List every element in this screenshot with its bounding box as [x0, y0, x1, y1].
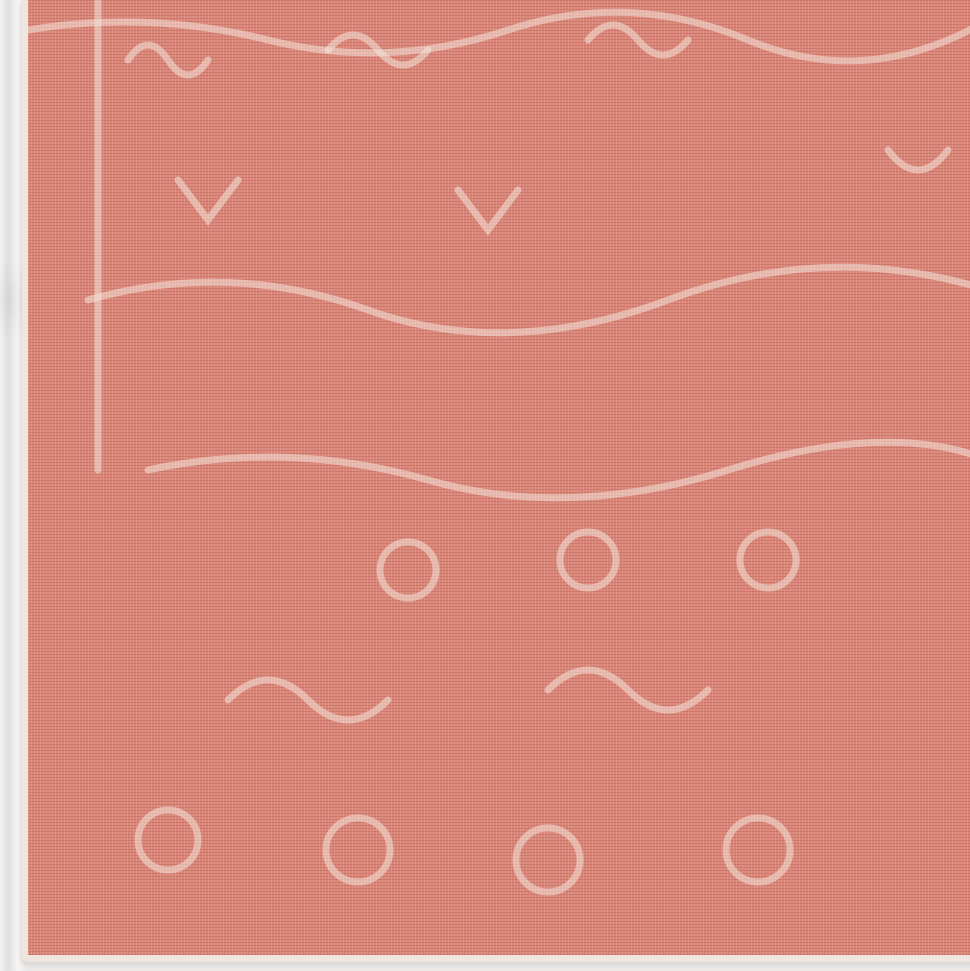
faded-ornamental-pattern [28, 0, 970, 955]
rug-corner [22, 0, 970, 962]
